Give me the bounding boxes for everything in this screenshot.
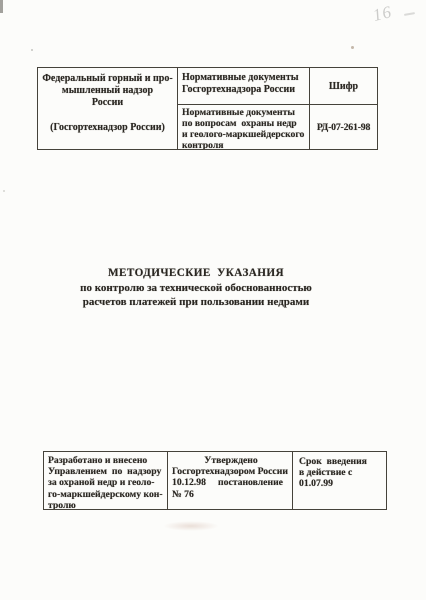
document-title-heading: МЕТОДИЧЕСКИЕ УКАЗАНИЯ bbox=[15, 266, 377, 281]
document-series-cell: Нормативные документыГосгортехнадзора Ро… bbox=[177, 68, 309, 104]
scan-speck bbox=[3, 190, 5, 192]
scan-smudge bbox=[163, 521, 219, 531]
effective-date-cell: Срок введенияв действие с01.07.99 bbox=[292, 452, 386, 509]
cipher-label-cell: Шифр bbox=[309, 68, 377, 104]
scan-speck bbox=[351, 46, 354, 49]
approval-table: Разработано и внесеноУправлением по надз… bbox=[43, 451, 387, 510]
organization-name-cell: Федеральный горный и про-мышленный надзо… bbox=[38, 68, 177, 149]
document-title-subtitle: по контролю за технической обоснованност… bbox=[15, 281, 377, 309]
document-subject-cell: Нормативные документыпо вопросам охраны … bbox=[177, 104, 309, 149]
developed-by-cell: Разработано и внесеноУправлением по надз… bbox=[44, 452, 167, 509]
document-title-block: МЕТОДИЧЕСКИЕ УКАЗАНИЯ по контролю за тех… bbox=[15, 266, 377, 309]
pencil-stroke-mark bbox=[404, 12, 415, 16]
scanned-document-page: 16 Федеральный горный и про-мышленный на… bbox=[0, 0, 426, 600]
document-code-cell: РД-07-261-98 bbox=[309, 104, 377, 149]
approved-by-cell: УтвержденоГосгортехнадзором России10.12.… bbox=[167, 452, 292, 509]
scan-corner-artifact bbox=[0, 0, 3, 13]
handwritten-page-number: 16 bbox=[371, 2, 394, 26]
scan-speck bbox=[31, 49, 33, 51]
header-table: Федеральный горный и про-мышленный надзо… bbox=[37, 67, 378, 150]
